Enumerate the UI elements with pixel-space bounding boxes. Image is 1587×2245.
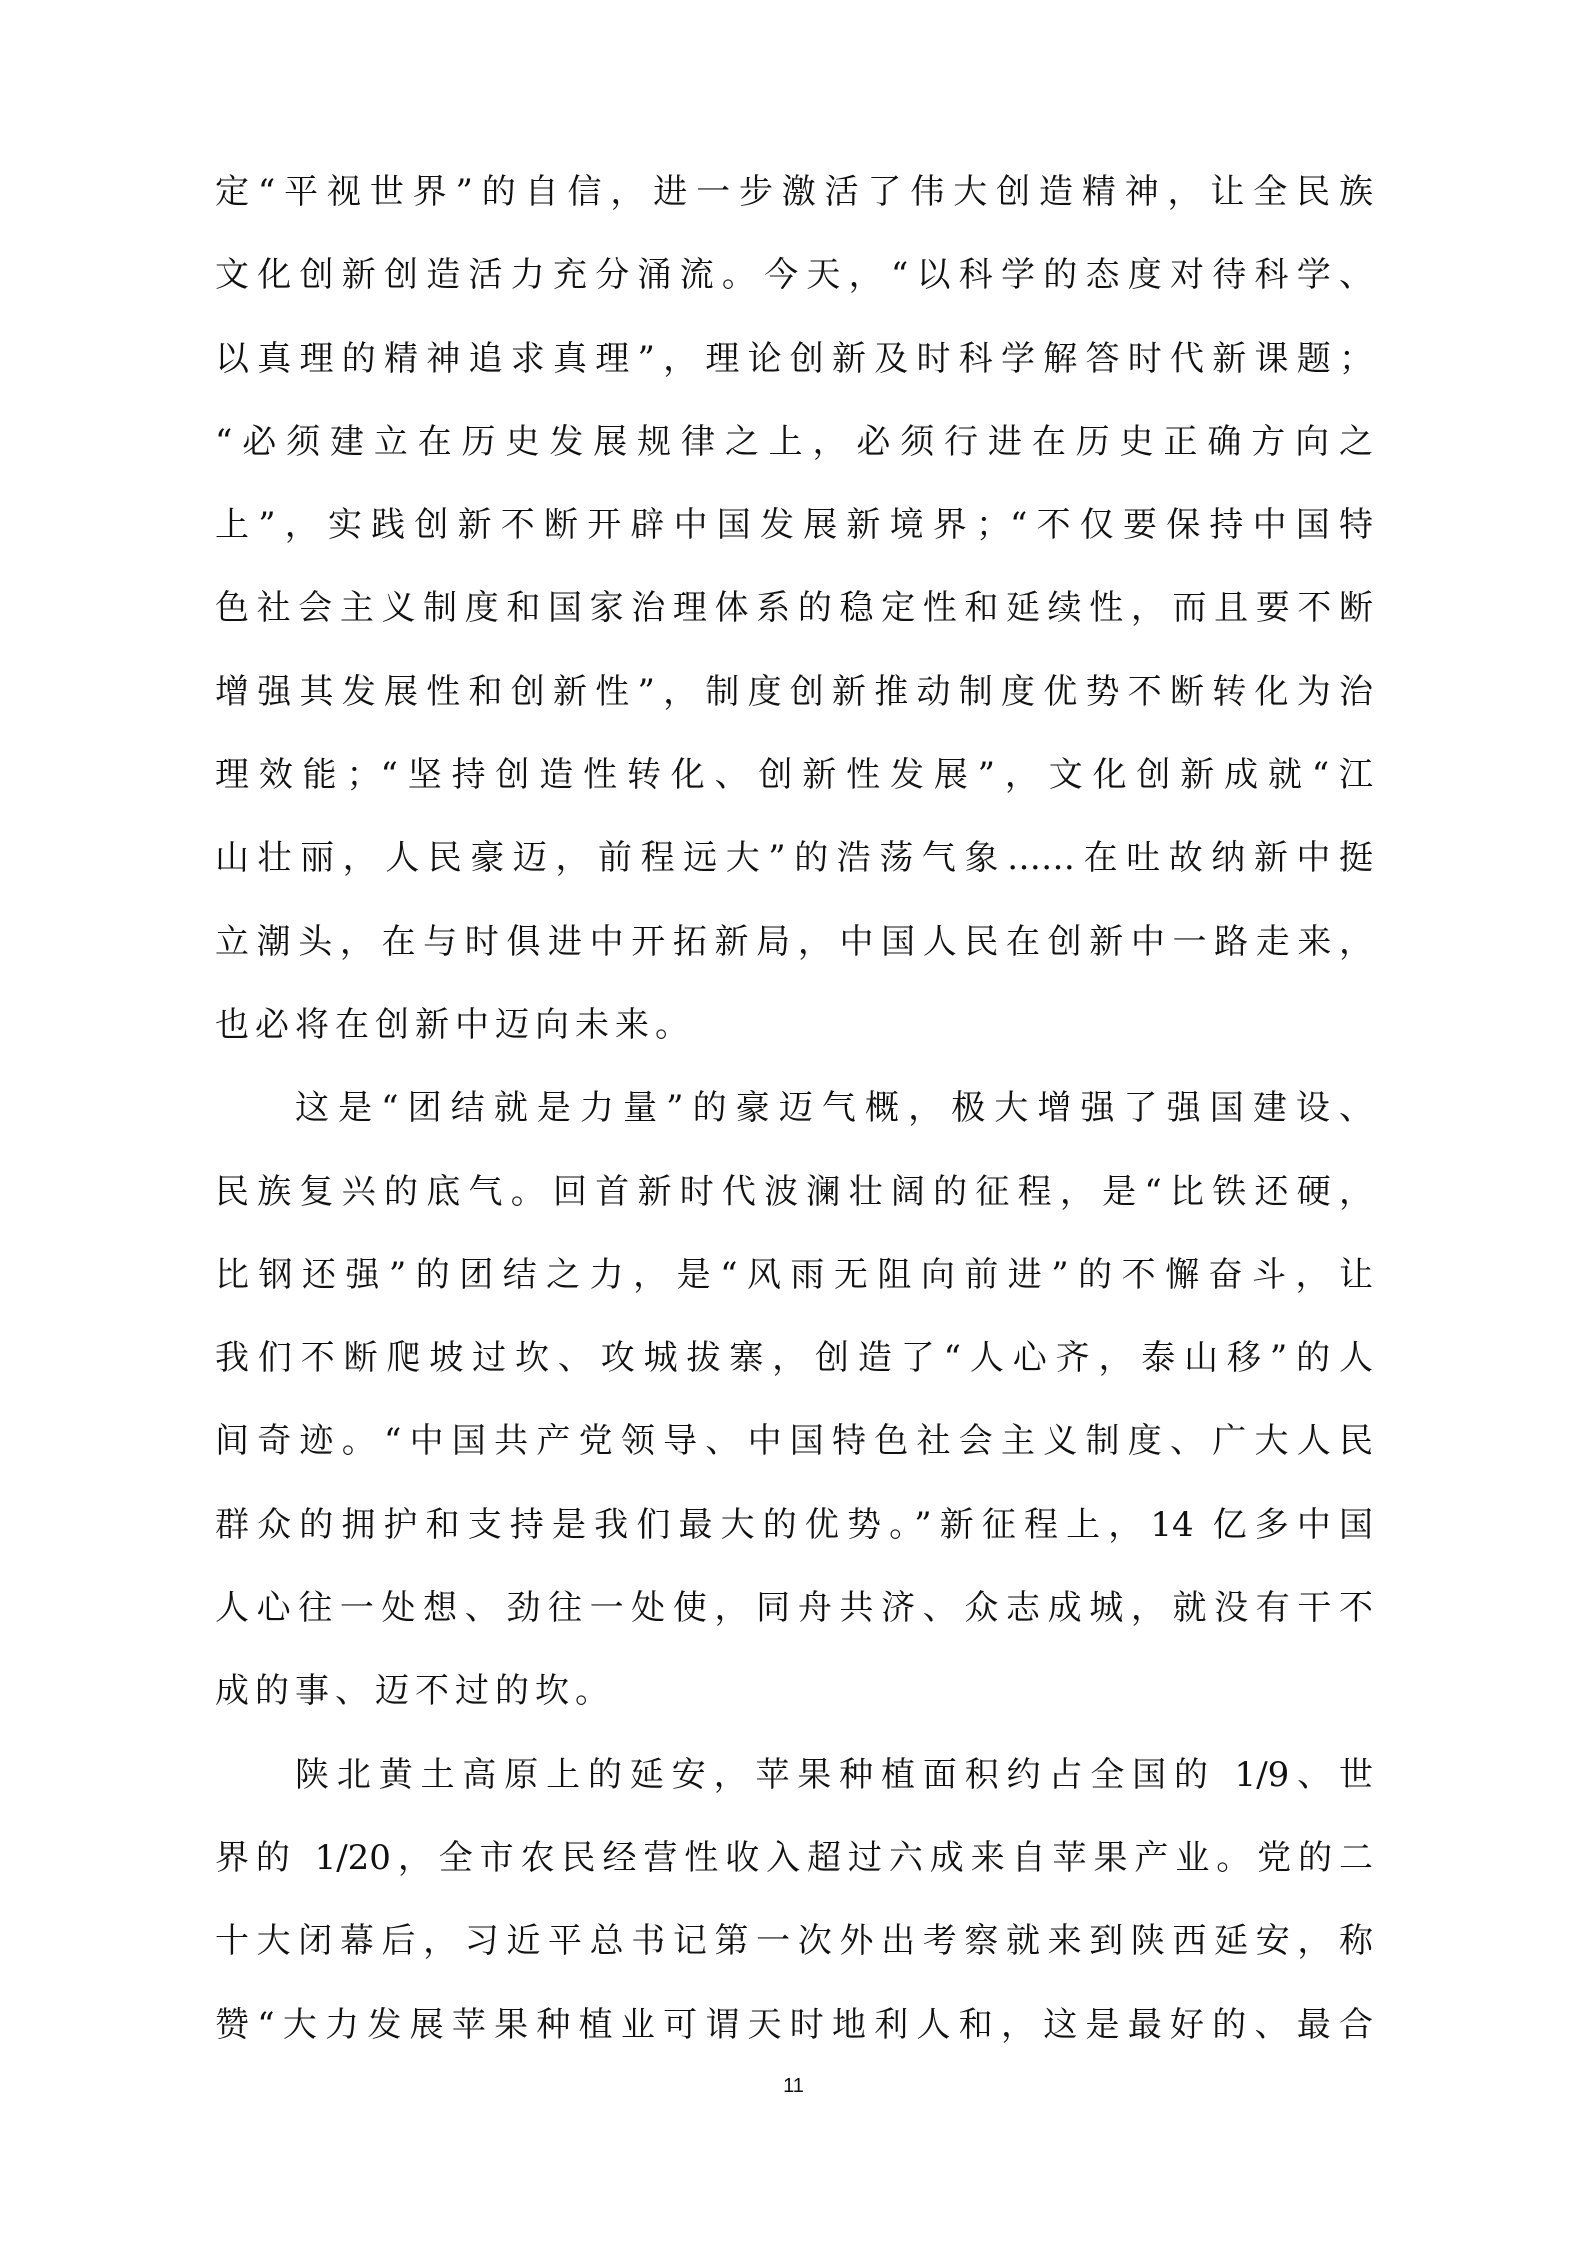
document-page: 定“平视世界”的自信，进一步激活了伟大创造精神，让全民族 文化创新创造活力充分涌… xyxy=(0,0,1587,2245)
paragraph-start-line: 陕北黄土高原上的延安，苹果种植面积约占全国的 1/9、世 xyxy=(215,1734,1373,1817)
page-number: 11 xyxy=(0,2072,1587,2100)
text-line: 民族复兴的底气。回首新时代波澜壮阔的征程，是“比铁还硬， xyxy=(215,1151,1373,1234)
text-line: 色社会主义制度和国家治理体系的稳定性和延续性，而且要不断 xyxy=(215,567,1373,650)
text-line: 间奇迹。“中国共产党领导、中国特色社会主义制度、广大人民 xyxy=(215,1400,1373,1483)
body-text: 定“平视世界”的自信，进一步激活了伟大创造精神，让全民族 文化创新创造活力充分涌… xyxy=(215,151,1373,2067)
text-line: 我们不断爬坡过坎、攻城拔寨，创造了“人心齐，泰山移”的人 xyxy=(215,1317,1373,1400)
text-line: “必须建立在历史发展规律之上，必须行进在历史正确方向之 xyxy=(215,401,1373,484)
text-line: 十大闭幕后，习近平总书记第一次外出考察就来到陕西延安，称 xyxy=(215,1900,1373,1983)
text-line: 立潮头，在与时俱进中开拓新局，中国人民在创新中一路走来， xyxy=(215,901,1373,984)
paragraph-end-line: 也必将在创新中迈向未来。 xyxy=(215,984,1373,1067)
text-line: 山壮丽，人民豪迈，前程远大”的浩荡气象……在吐故纳新中挺 xyxy=(215,817,1373,900)
paragraph-start-line: 这是“团结就是力量”的豪迈气概，极大增强了强国建设、 xyxy=(215,1067,1373,1150)
paragraph-end-line: 成的事、迈不过的坎。 xyxy=(215,1650,1373,1733)
text-line: 上”，实践创新不断开辟中国发展新境界；“不仅要保持中国特 xyxy=(215,484,1373,567)
text-line: 赞“大力发展苹果种植业可谓天时地利人和，这是最好的、最合 xyxy=(215,1984,1373,2067)
text-line: 群众的拥护和支持是我们最大的优势。”新征程上，14 亿多中国 xyxy=(215,1484,1373,1567)
text-line: 增强其发展性和创新性”，制度创新推动制度优势不断转化为治 xyxy=(215,651,1373,734)
text-line: 定“平视世界”的自信，进一步激活了伟大创造精神，让全民族 xyxy=(215,151,1373,234)
text-line: 界的 1/20，全市农民经营性收入超过六成来自苹果产业。党的二 xyxy=(215,1817,1373,1900)
text-line: 人心往一处想、劲往一处使，同舟共济、众志成城，就没有干不 xyxy=(215,1567,1373,1650)
text-line: 以真理的精神追求真理”，理论创新及时科学解答时代新课题； xyxy=(215,318,1373,401)
text-line: 文化创新创造活力充分涌流。今天，“以科学的态度对待科学、 xyxy=(215,234,1373,317)
text-line: 比钢还强”的团结之力，是“风雨无阻向前进”的不懈奋斗，让 xyxy=(215,1234,1373,1317)
text-line: 理效能；“坚持创造性转化、创新性发展”，文化创新成就“江 xyxy=(215,734,1373,817)
